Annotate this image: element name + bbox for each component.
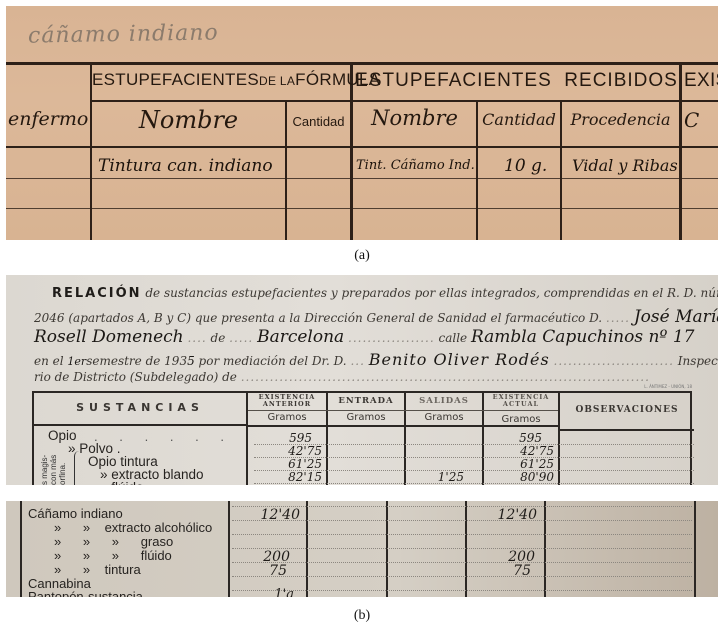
form-line-4-mid: semestre de 193 (86, 354, 187, 368)
group-header-formula-small: DE LA (259, 74, 295, 88)
column-header-enfermo: enfermo (6, 108, 90, 130)
existencia-anterior-line-2: ANTERIOR (248, 401, 326, 408)
handwritten-semester: 1er (67, 355, 86, 368)
inspector-label: Inspector Sanita- (678, 354, 718, 368)
pencil-annotation: cáñamo indiano (28, 20, 219, 48)
column-header-recibidos-cantidad: Cantidad (478, 110, 560, 129)
header-rule (248, 425, 558, 427)
column-header-recibidos-procedencia: Procedencia (562, 110, 679, 129)
handwritten-year-digit: 5 (187, 354, 195, 368)
col-divider (679, 62, 682, 240)
entry-line (232, 548, 692, 549)
value-opio-tintura-anterior: 61'25 (248, 457, 322, 471)
form-line-4: en el 1ersemestre de 1935 por mediación … (34, 350, 718, 369)
value-canamo-actual: 12'40 (467, 507, 537, 523)
value-polvo-anterior: 42'75 (248, 444, 322, 458)
form-line-3: Rosell Domenech .... de ..... Barcelona … (34, 327, 694, 347)
group-header-existencia: EXIS (684, 70, 718, 92)
handwritten-pharmacist-last: Rosell Domenech (34, 327, 184, 347)
form-title: RELACIÓN (52, 286, 142, 301)
form-line-1: RELACIÓN de sustancias estupefacientes y… (34, 286, 718, 301)
column-header-entrada: ENTRADA (328, 396, 404, 406)
ledger-table-a: ESTUPEFACIENTESDE LAFÓRMULA ESTUPEFACIEN… (6, 62, 718, 240)
entry-line (232, 506, 692, 507)
substance-row-extracto-alcoholico: » » extracto alcohólico (54, 520, 212, 535)
handwritten-city: Barcelona (257, 327, 344, 347)
form-line-5-text: rio de Districto (Subdelegado) de (34, 370, 237, 384)
value-extracto-blando-salidas: 1'25 (406, 470, 464, 484)
col-divider (544, 501, 546, 597)
form-line-2-text: 2046 (apartados A, B y C) que presenta a… (34, 311, 602, 325)
entry-line (232, 576, 692, 577)
column-header-existencia-anterior: EXISTENCIA ANTERIOR (248, 394, 326, 408)
value-canamo-anterior: 12'40 (230, 507, 300, 523)
column-header-rule (6, 146, 718, 148)
substance-row-fluido: » flúido (100, 480, 144, 485)
subheader-rule (248, 410, 558, 411)
group-header-formula: ESTUPEFACIENTESDE LAFÓRMULA (92, 70, 350, 90)
handwritten-street: Rambla Capuchinos nº 17 (471, 327, 694, 347)
printer-mark: L. ÁNTIMEZ - UNIÓN, 18 (644, 384, 692, 389)
column-header-observaciones: OBSERVACIONES (560, 405, 694, 415)
bracket (74, 451, 79, 485)
col-divider (326, 393, 328, 485)
caption-a: (a) (342, 248, 382, 264)
unit-gramos: Gramos (328, 412, 404, 423)
group-header-rule (90, 100, 718, 102)
column-header-salidas: SALIDAS (406, 396, 482, 406)
unit-gramos: Gramos (484, 414, 558, 425)
form-line-4-post: por mediación del Dr. D. (199, 354, 347, 368)
form-line-2: 2046 (apartados A, B y C) que presenta a… (34, 307, 718, 327)
table-left-border (20, 501, 22, 597)
handwritten-inspector-name: Benito Oliver Rodés (369, 350, 550, 369)
group-header-formula-main: ESTUPEFACIENTES (92, 70, 259, 89)
form-line-4-pre: en el (34, 354, 64, 368)
group-header-recibidos: ESTUPEFACIENTES RECIBIDOS (354, 70, 679, 92)
handwritten-recibidos-cantidad: 10 g. (504, 156, 547, 176)
substance-row-tintura: » » tintura (54, 562, 141, 577)
value-pantopon-anterior: 1'a (230, 587, 294, 597)
substance-row-fluido: » » » flúido (54, 548, 172, 563)
handwritten-formula-nombre: Tintura can. indiano (98, 156, 273, 176)
header-rule (560, 429, 694, 431)
caption-b: (b) (342, 608, 382, 624)
row-rule (6, 178, 718, 179)
existencia-actual-line-2: ACTUAL (484, 401, 558, 408)
entry-line (232, 562, 692, 563)
value-extracto-blando-actual: 80'90 (484, 470, 554, 484)
value-opio-tintura-actual: 61'25 (484, 457, 554, 471)
value-opio-anterior: 595 (248, 431, 312, 445)
header-rule (34, 424, 246, 426)
unit-gramos: Gramos (248, 412, 326, 423)
column-header-recibidos-nombre: Nombre (353, 106, 476, 130)
handwritten-recibidos-procedencia: Vidal y Ribas (572, 156, 678, 175)
column-header-formula-cantidad: Cantidad (287, 114, 350, 129)
form-line-1-text: de sustancias estupefacientes y preparad… (145, 286, 718, 300)
entry-line (232, 520, 692, 521)
substances-table: SUSTANCIAS EXISTENCIA ANTERIOR ENTRADA S… (32, 391, 692, 485)
side-label-magistral: s magis- con más orfina. (40, 455, 67, 485)
value-opio-actual: 595 (484, 431, 542, 445)
column-header-existencia-actual: EXISTENCIA ACTUAL (484, 394, 558, 408)
table-right-border (694, 501, 696, 597)
photo-panel-a: cáñamo indiano ESTUPEFACIENTESDE LAFÓRMU… (6, 6, 718, 240)
row-rule (6, 208, 718, 209)
unit-gramos: Gramos (406, 412, 482, 423)
column-header-formula-nombre: Nombre (92, 106, 285, 134)
handwritten-pharmacist-first: José María (634, 307, 718, 327)
column-header-sustancias: SUSTANCIAS (34, 401, 246, 414)
value-tintura-actual: 75 (467, 563, 531, 579)
photo-panel-b-bottom: Cáñamo indiano » » extracto alcohólico »… (6, 501, 718, 597)
value-tintura-anterior: 75 (230, 563, 287, 579)
substance-row-graso: » » » graso (54, 534, 173, 549)
value-extracto-blando-anterior: 82'15 (248, 470, 322, 484)
col-divider (386, 501, 388, 597)
table-top-rule (6, 62, 718, 65)
substance-row-canamo-indiano: Cáñamo indiano (28, 506, 123, 521)
form-line-5: rio de Districto (Subdelegado) de ......… (34, 370, 650, 384)
entry-line (232, 534, 692, 535)
substance-row-pantopon: Pantopón-sustancia (28, 589, 143, 597)
photo-panel-b-top: RELACIÓN de sustancias estupefacientes y… (6, 275, 718, 485)
handwritten-recibidos-nombre: Tint. Cáñamo Ind. (356, 158, 475, 173)
calle-label: calle (439, 331, 468, 345)
value-polvo-actual: 42'75 (484, 444, 554, 458)
col-divider (306, 501, 308, 597)
de-label: de (211, 331, 226, 345)
entry-line (232, 590, 692, 591)
column-header-existencia-partial: C (684, 108, 714, 132)
